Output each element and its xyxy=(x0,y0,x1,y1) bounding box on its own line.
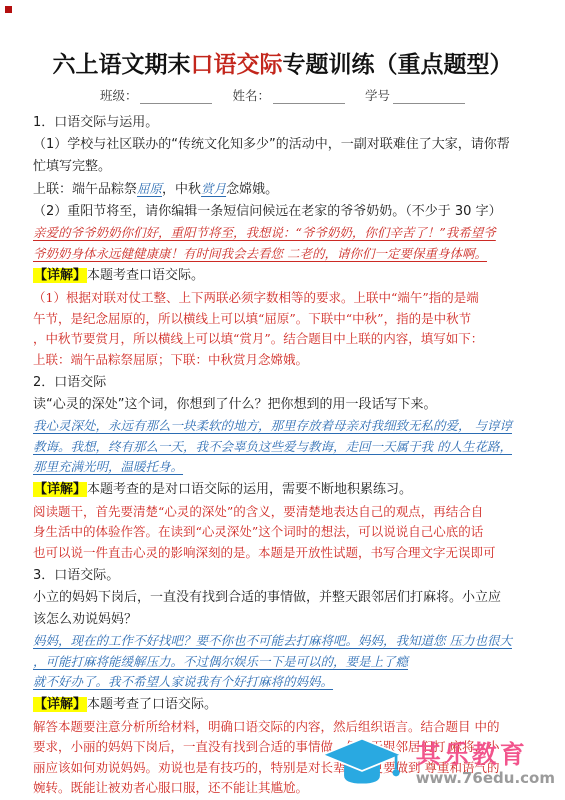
worksheet-content: 六上语文期末口语交际专题训练（重点题型） 班级： 姓名： 学号 1．口语交际与运… xyxy=(0,50,565,799)
watermark-brand: 其乐教育 xyxy=(416,742,528,768)
q2-explanation: 阅读题干，首先要清楚“心灵的深处”的含义，要清楚地表达自己的观点，再结合自 身生… xyxy=(33,502,532,564)
q2-detail-line: 【详解】本题考查的是对口语交际的运用，需要不断地积累练习。 xyxy=(33,479,532,501)
title-highlight: 口语交际 xyxy=(191,52,283,78)
q1-detail-tag: 【详解】 xyxy=(33,268,87,283)
class-label: 班级： xyxy=(100,86,138,104)
studentid-label: 学号 xyxy=(365,86,390,104)
q1-couplet-answer2: 赏月 xyxy=(201,181,226,196)
q3-prompt: 小立的妈妈下岗后，一直没有找到合适的事情做，并整天跟邻居们打麻将。小立应 该怎么… xyxy=(33,587,532,631)
q3-answer: 妈妈，现在的工作不好找吧？要不你也不可能去打麻将吧。妈妈，我知道您 压力也很大 … xyxy=(33,631,532,693)
q1-couplet-suffix: 念嫦娥。 xyxy=(226,182,278,197)
q3-heading: 3．口语交际。 xyxy=(33,565,532,587)
q1-couplet: 上联：端午品粽祭屈原，中秋赏月念嫦娥。 xyxy=(33,178,532,201)
q1-couplet-prefix: 上联：端午品粽祭 xyxy=(33,182,137,197)
studentid-blank xyxy=(393,90,465,104)
class-blank xyxy=(140,90,212,104)
q1-part1: （1）学校与社区联办的“传统文化知多少”的活动中，一副对联难住了大家，请你帮 忙… xyxy=(33,134,532,178)
q3-detail-intro: 本题考查了口语交际。 xyxy=(87,697,217,712)
watermark-url: www.76edu.com xyxy=(416,771,555,787)
q2-detail-intro: 本题考查的是对口语交际的运用，需要不断地积累练习。 xyxy=(87,482,412,497)
q1-part2: （2）重阳节将至，请你编辑一条短信问候远在老家的爷爷奶奶。（不少于 30 字） xyxy=(33,201,532,223)
corner-mark xyxy=(5,6,12,13)
q1-answer: 亲爱的爷爷奶奶你们好，重阳节将至，我想说：“爷爷奶奶，你们辛苦了！”我希望爷 爷… xyxy=(33,223,532,264)
q1-couplet-answer1: 屈原 xyxy=(137,181,162,196)
title-suffix: 专题训练（重点题型） xyxy=(283,52,513,78)
q2-heading: 2．口语交际 xyxy=(33,372,532,394)
title-prefix: 六上语文期末 xyxy=(53,52,191,78)
name-label: 姓名： xyxy=(232,86,270,104)
q2-answer: 我心灵深处，永远有那么一块柔软的地方，那里存放着母亲对我细致无私的爱， 与谆谆 … xyxy=(33,416,532,478)
graduation-cap-icon xyxy=(316,736,408,792)
q2-prompt: 读“心灵的深处”这个词，你想到了什么？把你想到的用一段话写下来。 xyxy=(33,394,532,416)
q3-detail-line: 【详解】本题考查了口语交际。 xyxy=(33,694,532,716)
name-blank xyxy=(273,90,345,104)
page-title: 六上语文期末口语交际专题训练（重点题型） xyxy=(33,50,532,80)
q3-detail-tag: 【详解】 xyxy=(33,697,87,712)
q2-detail-tag: 【详解】 xyxy=(33,482,87,497)
worksheet-page: 六上语文期末口语交际专题训练（重点题型） 班级： 姓名： 学号 1．口语交际与运… xyxy=(0,0,565,800)
name-field: 姓名： xyxy=(232,86,345,104)
class-field: 班级： xyxy=(100,86,213,104)
publisher-watermark: 其乐教育 www.76edu.com xyxy=(316,736,555,792)
q1-detail-line: 【详解】本题考查口语交际。 xyxy=(33,265,532,287)
q1-explanation: （1）根据对联对仗工整、上下两联必须字数相等的要求。上联中“端午”指的是端 午节… xyxy=(33,288,532,370)
q1-heading: 1．口语交际与运用。 xyxy=(33,112,532,134)
q1-couplet-mid: ，中秋 xyxy=(162,182,201,197)
studentid-field: 学号 xyxy=(365,86,465,104)
student-info-row: 班级： 姓名： 学号 xyxy=(33,84,532,104)
watermark-text: 其乐教育 www.76edu.com xyxy=(416,742,555,787)
q1-detail-intro: 本题考查口语交际。 xyxy=(87,268,204,283)
